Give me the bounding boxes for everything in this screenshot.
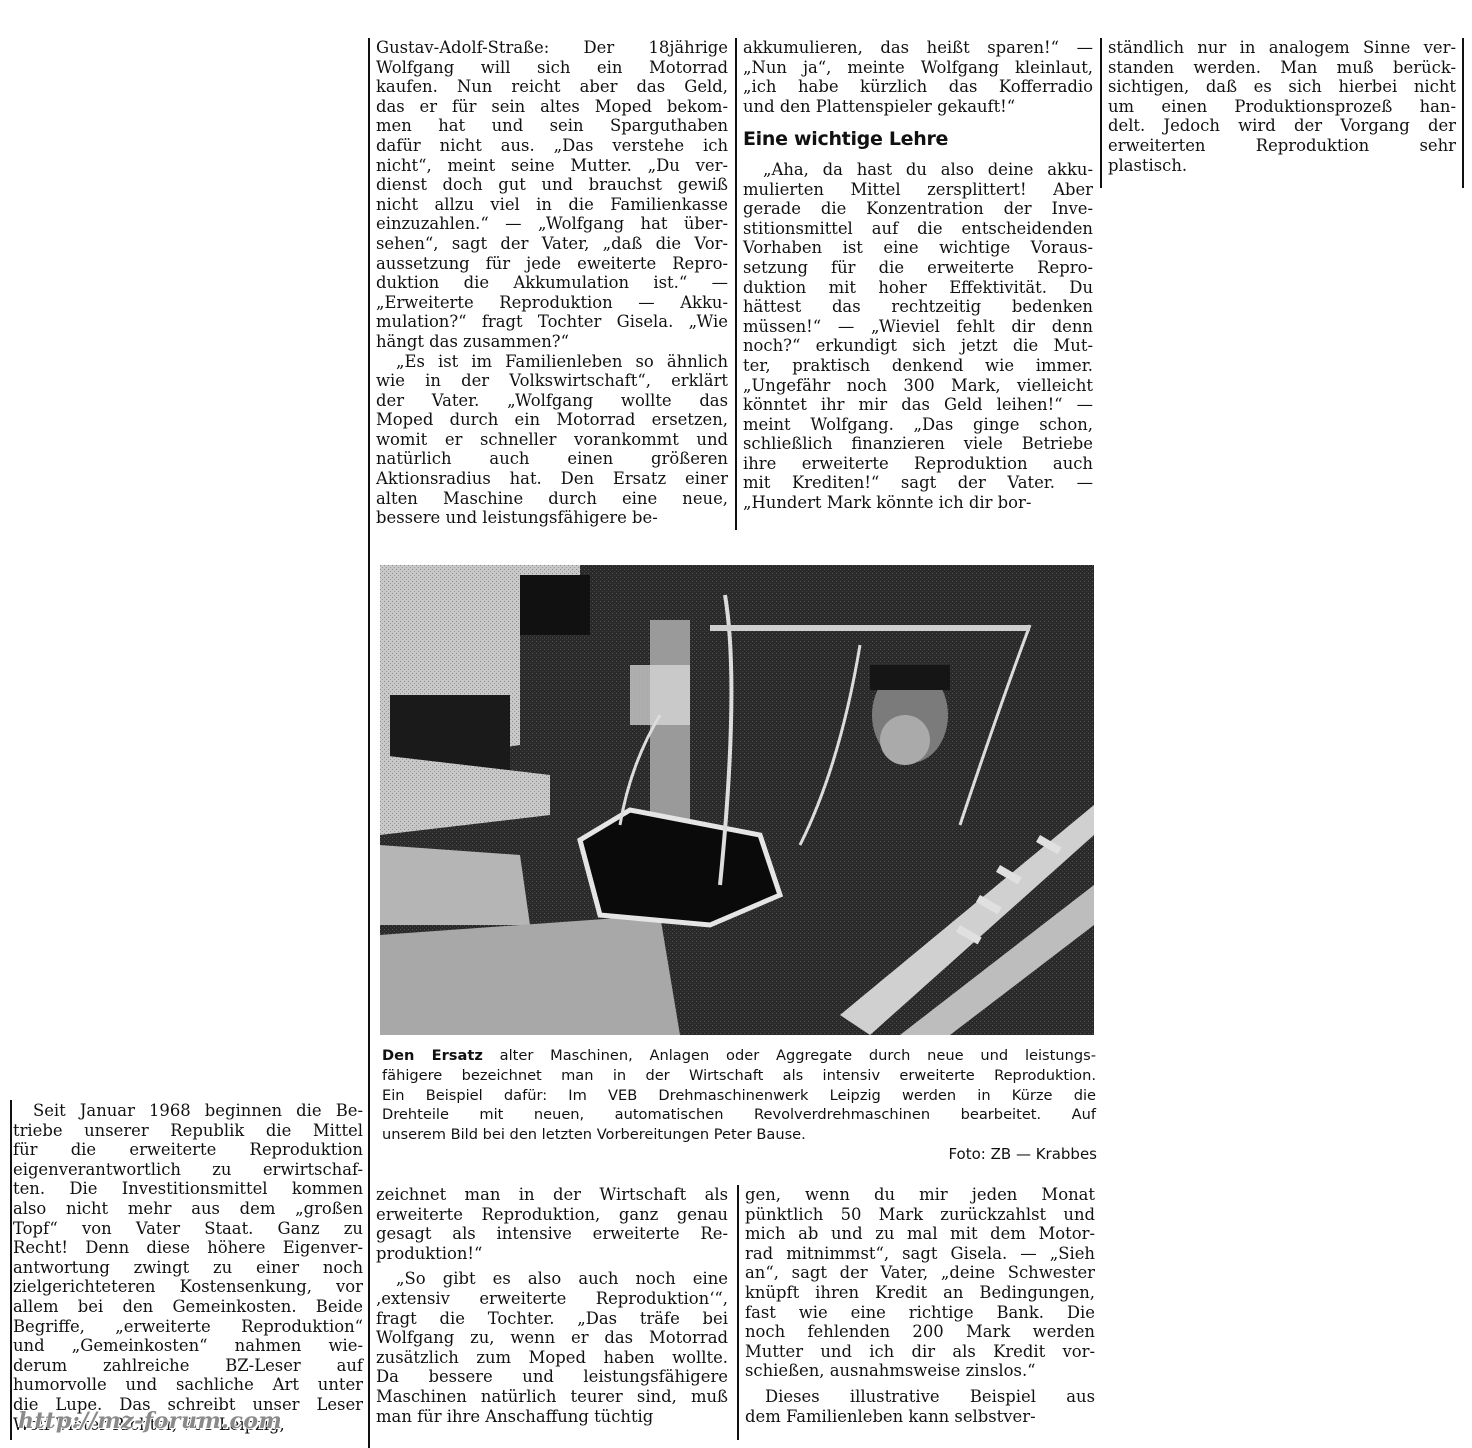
text-line: stitionsmittel auf die entscheidenden — [743, 219, 1093, 239]
article-column-left-bottom: Seit Januar 1968 beginnen die Be-triebe … — [13, 1101, 363, 1434]
text-line: „Erweiterte Reproduktion — Akku- — [376, 293, 728, 313]
text-line: eigenverantwortlich zu erwirtschaf- — [13, 1160, 363, 1180]
paragraph: Dieses illustrative Beispiel ausdem Fami… — [745, 1387, 1095, 1426]
text-line: Vorhaben ist eine wichtige Voraus- — [743, 238, 1093, 258]
text-line: nicht allzu viel in die Familienkasse — [376, 195, 728, 215]
column-rule-left-bottom — [10, 1100, 12, 1440]
article-column-far-right-top: ständlich nur in analogem Sinne ver-stan… — [1108, 38, 1456, 175]
text-line: zusätzlich zum Moped haben wollte. — [376, 1348, 728, 1368]
text-line: „Aha, da hast du also deine akku- — [743, 160, 1093, 180]
photo-caption: Den Ersatz alter Maschinen, Anlagen oder… — [382, 1046, 1096, 1145]
watermark-url: http://mz-forum.com — [18, 1408, 282, 1434]
text-line: mich ab und zu mal mit dem Motor- — [745, 1224, 1095, 1244]
text-line: das er für sein altes Moped bekom- — [376, 97, 728, 117]
caption-line: fähigere bezeichnet man in der Wirtschaf… — [382, 1066, 1096, 1086]
text-line: hängt das zusammen?“ — [376, 332, 728, 352]
text-line: man für ihre Anschaffung tüchtig — [376, 1407, 728, 1427]
paragraph: Seit Januar 1968 beginnen die Be-triebe … — [13, 1101, 363, 1434]
text-line: zeichnet man in der Wirtschaft als — [376, 1185, 728, 1205]
paragraph: zeichnet man in der Wirtschaft alserweit… — [376, 1185, 728, 1263]
photo-machine-worker-image — [380, 565, 1094, 1035]
section-heading: Eine wichtige Lehre — [743, 130, 1093, 150]
paragraph: „Es ist im Familienleben so ähnlichwie i… — [376, 352, 728, 528]
text-line: also nicht mehr aus dem „großen — [13, 1199, 363, 1219]
text-line: Begriffe, „erweiterte Reproduktion“ — [13, 1317, 363, 1337]
text-line: Gustav-Adolf-Straße: Der 18jährige — [376, 38, 728, 58]
text-line: ‚extensiv erweiterte Reproduktion‘“, — [376, 1289, 728, 1309]
caption-line: Drehteile mit neuen, automatischen Revol… — [382, 1105, 1096, 1125]
text-line: mulierten Mittel zersplittert! Aber — [743, 180, 1093, 200]
text-line: ihre erweiterte Reproduktion auch — [743, 454, 1093, 474]
text-line: Wolfgang zu, wenn er das Motorrad — [376, 1328, 728, 1348]
text-line: für die erweiterte Reproduktion — [13, 1140, 363, 1160]
article-column-middle-top: Gustav-Adolf-Straße: Der 18jährigeWolfga… — [376, 38, 728, 528]
text-line: sehen“, sagt der Vater, „daß die Vor- — [376, 234, 728, 254]
text-line: triebe unserer Republik die Mittel — [13, 1121, 363, 1141]
text-line: Aktionsradius hat. Den Ersatz einer — [376, 469, 728, 489]
text-line: zielgerichteteren Kostensenkung, vor — [13, 1277, 363, 1297]
text-line: und den Plattenspieler gekauft!“ — [743, 97, 1093, 117]
text-line: setzung für die erweiterte Repro- — [743, 258, 1093, 278]
text-line: ter, praktisch denkend wie immer. — [743, 356, 1093, 376]
caption-line: Ein Beispiel dafür: Im VEB Drehmaschinen… — [382, 1086, 1096, 1106]
article-column-middle-bottom: zeichnet man in der Wirtschaft alserweit… — [376, 1185, 728, 1426]
text-line: hättest das rechtzeitig bedenken — [743, 297, 1093, 317]
text-line: könntet ihr mir das Geld leihen!“ — — [743, 395, 1093, 415]
text-line: meint Wolfgang. „Das ginge schon, — [743, 415, 1093, 435]
text-line: dienst doch gut und brauchst gewiß — [376, 175, 728, 195]
text-line: produktion!“ — [376, 1244, 728, 1264]
article-photo — [380, 565, 1094, 1035]
text-line: „Nun ja“, meinte Wolfgang kleinlaut, — [743, 58, 1093, 78]
text-line: fragt die Tochter. „Das träfe bei — [376, 1309, 728, 1329]
text-line: ten. Die Investitionsmittel kommen — [13, 1179, 363, 1199]
column-rule-far-right — [1462, 38, 1464, 188]
text-line: erweiterten Reproduktion sehr — [1108, 136, 1456, 156]
text-line: dafür nicht aus. „Das verstehe ich — [376, 136, 728, 156]
text-line: humorvolle und sachliche Art unter — [13, 1375, 363, 1395]
text-line: „Es ist im Familienleben so ähnlich — [376, 352, 728, 372]
text-line: rad mitnimmst“, sagt Gisela. — „Sieh — [745, 1244, 1095, 1264]
article-column-right-top: akkumulieren, das heißt sparen!“ —„Nun j… — [743, 38, 1093, 513]
photo-credit: Foto: ZB — Krabbes — [948, 1145, 1097, 1163]
text-line: kaufen. Nun reicht aber das Geld, — [376, 77, 728, 97]
text-line: erweiterte Reproduktion, ganz genau — [376, 1205, 728, 1225]
text-line: „ich habe kürzlich das Kofferradio — [743, 77, 1093, 97]
text-line: Da bessere und leistungsfähigere — [376, 1367, 728, 1387]
text-line: derum zahlreiche BZ-Leser auf — [13, 1356, 363, 1376]
text-line: Recht! Denn diese höhere Eigenver- — [13, 1238, 363, 1258]
text-line: alten Maschine durch eine neue, — [376, 489, 728, 509]
text-line: noch?“ erkundigt sich jetzt die Mut- — [743, 336, 1093, 356]
text-line: „Hundert Mark könnte ich dir bor- — [743, 493, 1093, 513]
text-line: „So gibt es also auch noch eine — [376, 1269, 728, 1289]
column-rule-middle-left — [368, 38, 370, 1448]
text-line: schließlich finanzieren viele Betriebe — [743, 434, 1093, 454]
text-line: natürlich auch einen größeren — [376, 449, 728, 469]
caption-line: Den Ersatz alter Maschinen, Anlagen oder… — [382, 1046, 1096, 1066]
text-line: gen, wenn du mir jeden Monat — [745, 1185, 1095, 1205]
text-line: „Ungefähr noch 300 Mark, vielleicht — [743, 376, 1093, 396]
text-line: Seit Januar 1968 beginnen die Be- — [13, 1101, 363, 1121]
text-line: nicht“, meint seine Mutter. „Du ver- — [376, 156, 728, 176]
text-line: allem bei den Gemeinkosten. Beide — [13, 1297, 363, 1317]
paragraph: Gustav-Adolf-Straße: Der 18jährigeWolfga… — [376, 38, 728, 352]
text-line: antwortung zwingt zu einer noch — [13, 1258, 363, 1278]
text-line: der Vater. „Wolfgang wollte das — [376, 391, 728, 411]
article-column-right-bottom: gen, wenn du mir jeden Monatpünktlich 50… — [745, 1185, 1095, 1426]
text-line: aussetzung für jede eweiterte Repro- — [376, 254, 728, 274]
text-line: ständlich nur in analogem Sinne ver- — [1108, 38, 1456, 58]
text-line: men hat und sein Sparguthaben — [376, 116, 728, 136]
text-line: mulation?“ fragt Tochter Gisela. „Wie — [376, 312, 728, 332]
column-rule-right-right-top — [1100, 38, 1102, 188]
text-line: akkumulieren, das heißt sparen!“ — — [743, 38, 1093, 58]
text-line: gesagt als intensive erweiterte Re- — [376, 1224, 728, 1244]
text-line: um einen Produktionsprozeß han- — [1108, 97, 1456, 117]
text-line: knüpft ihren Kredit an Bedingungen, — [745, 1283, 1095, 1303]
text-line: schießen, ausnahmsweise zinslos.“ — [745, 1361, 1095, 1381]
column-rule-middle-right-top — [735, 38, 737, 530]
text-line: sichtigen, daß es sich hierbei nicht — [1108, 77, 1456, 97]
paragraph: gen, wenn du mir jeden Monatpünktlich 50… — [745, 1185, 1095, 1381]
text-line: fast wie eine richtige Bank. Die — [745, 1303, 1095, 1323]
text-line: Topf“ von Vater Staat. Ganz zu — [13, 1219, 363, 1239]
text-line: dem Familienleben kann selbstver- — [745, 1407, 1095, 1427]
text-line: Moped durch ein Motorrad ersetzen, — [376, 410, 728, 430]
text-line: müssen!“ — „Wieviel fehlt dir denn — [743, 317, 1093, 337]
text-line: gerade die Konzentration der Inve- — [743, 199, 1093, 219]
text-line: duktion mit hoher Effektivität. Du — [743, 278, 1093, 298]
text-line: delt. Jedoch wird der Vorgang der — [1108, 116, 1456, 136]
text-line: mit Krediten!“ sagt der Vater. — — [743, 473, 1093, 493]
paragraph: akkumulieren, das heißt sparen!“ —„Nun j… — [743, 38, 1093, 116]
caption-line: unserem Bild bei den letzten Vorbereitun… — [382, 1125, 1096, 1145]
text-line: womit er schneller vorankommt und — [376, 430, 728, 450]
text-line: an“, sagt der Vater, „deine Schwester — [745, 1263, 1095, 1283]
text-line: duktion die Akkumulation ist.“ — — [376, 273, 728, 293]
paragraph: „Aha, da hast du also deine akku-muliert… — [743, 160, 1093, 513]
text-line: Mutter und ich dir als Kredit vor- — [745, 1342, 1095, 1362]
caption-bold-lead: Den Ersatz — [382, 1047, 483, 1064]
text-line: plastisch. — [1108, 156, 1456, 176]
text-line: Wolfgang will sich ein Motorrad — [376, 58, 728, 78]
text-line: einzuzahlen.“ — „Wolfgang hat über- — [376, 214, 728, 234]
text-line: standen werden. Man muß berück- — [1108, 58, 1456, 78]
text-line: bessere und leistungsfähigere be- — [376, 508, 728, 528]
paragraph: „So gibt es also auch noch eine‚extensiv… — [376, 1269, 728, 1426]
text-line: und „Gemeinkosten“ nahmen wie- — [13, 1336, 363, 1356]
text-line: Maschinen natürlich teurer sind, muß — [376, 1387, 728, 1407]
text-line: pünktlich 50 Mark zurückzahlst und — [745, 1205, 1095, 1225]
paragraph: ständlich nur in analogem Sinne ver-stan… — [1108, 38, 1456, 175]
column-rule-middle-right-bottom — [737, 1185, 739, 1440]
text-line: wie in der Volkswirtschaft“, erklärt — [376, 371, 728, 391]
text-line: noch fehlenden 200 Mark werden — [745, 1322, 1095, 1342]
text-line: Dieses illustrative Beispiel aus — [745, 1387, 1095, 1407]
